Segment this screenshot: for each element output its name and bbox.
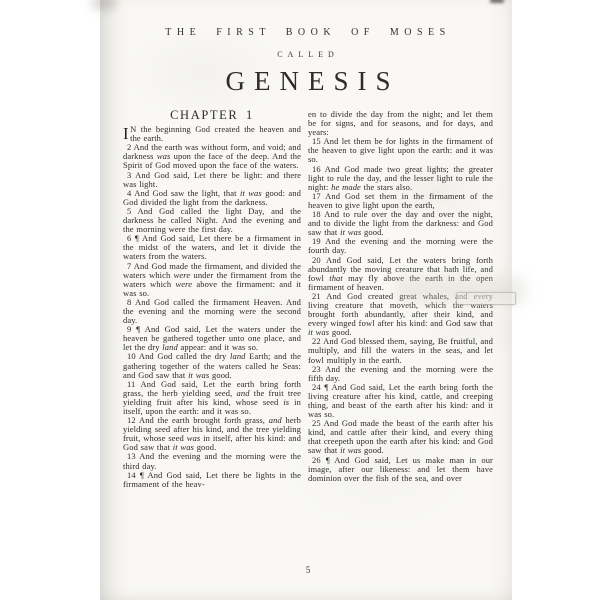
verse-number: 16 — [312, 164, 321, 174]
book-header-line: THE FIRST BOOK OF MOSES — [123, 22, 493, 38]
verse-number: 2 — [127, 142, 131, 152]
verse: 26 ¶ And God said, Let us make man in ou… — [308, 456, 493, 483]
verse: 10 And God called the dry land Earth; an… — [123, 352, 301, 379]
verse: 5 And God called the light Day, and the … — [123, 207, 301, 234]
verse: 11 And God said, Let the earth bring for… — [123, 380, 301, 416]
two-column-text: CHAPTER 1 IN the beginning God created t… — [123, 110, 493, 489]
verse-number: 15 — [312, 136, 321, 146]
right-column: en to divide the day from the night; and… — [308, 110, 493, 489]
verse-number: 22 — [312, 336, 321, 346]
verse-number: 12 — [127, 415, 136, 425]
verse: 14 ¶ And God said, Let there be lights i… — [123, 471, 301, 489]
left-verses: 2 And the earth was without form, and vo… — [123, 143, 301, 489]
verse: 16 And God made two great lights; the gr… — [308, 165, 493, 192]
book-title: GENESIS — [123, 66, 493, 97]
verse: 25 And God made the beast of the earth a… — [308, 419, 493, 455]
called-line: CALLED — [123, 50, 493, 59]
pilcrow-mark: ¶ — [140, 470, 144, 480]
verse-number: 8 — [127, 297, 131, 307]
pilcrow-mark: ¶ — [326, 455, 330, 465]
verse: 19 And the evening and the morning were … — [308, 237, 493, 255]
pilcrow-mark: ¶ — [324, 382, 328, 392]
verse-number: 14 — [127, 470, 136, 480]
verse: 8 And God called the firmament Heaven. A… — [123, 298, 301, 325]
pilcrow-mark: ¶ — [135, 233, 139, 243]
verse: 17 And God set them in the firmament of … — [308, 192, 493, 210]
verse: 12 And the earth brought forth grass, an… — [123, 416, 301, 452]
verse: 23 And the evening and the morning were … — [308, 365, 493, 383]
verse-number: 4 — [127, 188, 131, 198]
verse: 21 And God created great whales, and eve… — [308, 292, 493, 337]
verse: 7 And God made the firmament, and divide… — [123, 262, 301, 298]
pilcrow-mark: ¶ — [136, 324, 140, 334]
verse: 2 And the earth was without form, and vo… — [123, 143, 301, 170]
verse-14-continuation: en to divide the day from the night; and… — [308, 110, 493, 137]
right-verses: 15 And let them be for lights in the fir… — [308, 137, 493, 483]
verse-number: 24 — [312, 382, 321, 392]
verse: 13 And the evening and the morning were … — [123, 452, 301, 470]
verse: 15 And let them be for lights in the fir… — [308, 137, 493, 164]
verse-number: 17 — [312, 191, 321, 201]
verse-number: 9 — [127, 324, 131, 334]
scanned-bible-page: THE FIRST BOOK OF MOSES CALLED GENESIS C… — [100, 0, 512, 600]
scan-smudge-top-right — [490, 0, 504, 3]
verse-number: 19 — [312, 236, 321, 246]
text-block: THE FIRST BOOK OF MOSES CALLED GENESIS C… — [123, 22, 493, 489]
verse-number: 13 — [127, 451, 136, 461]
verse-1: IN the beginning God created the heaven … — [123, 125, 301, 143]
scan-smudge-top-left — [91, 0, 117, 9]
verse-number: 3 — [127, 170, 131, 180]
verse: 3 And God said, Let there be light: and … — [123, 171, 301, 189]
verse-number: 20 — [312, 255, 321, 265]
verse: 9 ¶ And God said, Let the waters under t… — [123, 325, 301, 352]
verse-number: 18 — [312, 209, 321, 219]
verse-number: 6 — [127, 233, 131, 243]
verse: 4 And God saw the light, that it was goo… — [123, 189, 301, 207]
verse: 22 And God blessed them, saying, Be frui… — [308, 337, 493, 364]
verse: 18 And to rule over the day and over the… — [308, 210, 493, 237]
verse-1-text: N the beginning God created the heaven a… — [130, 124, 301, 143]
verse-number: 25 — [312, 418, 321, 428]
page-number: 5 — [123, 565, 493, 575]
verse-number: 21 — [312, 291, 321, 301]
verse-number: 23 — [312, 364, 321, 374]
left-column: CHAPTER 1 IN the beginning God created t… — [123, 110, 301, 489]
chapter-heading: CHAPTER 1 — [123, 111, 301, 120]
verse: 20 And God said, Let the waters bring fo… — [308, 256, 493, 292]
verse: 6 ¶ And God said, Let there be a firmame… — [123, 234, 301, 261]
verse-number: 11 — [127, 379, 135, 389]
verse-number: 26 — [312, 455, 321, 465]
verse: 24 ¶ And God said, Let the earth bring f… — [308, 383, 493, 419]
verse-number: 7 — [127, 261, 131, 271]
verse-number: 10 — [127, 351, 136, 361]
verse-number: 5 — [127, 206, 131, 216]
